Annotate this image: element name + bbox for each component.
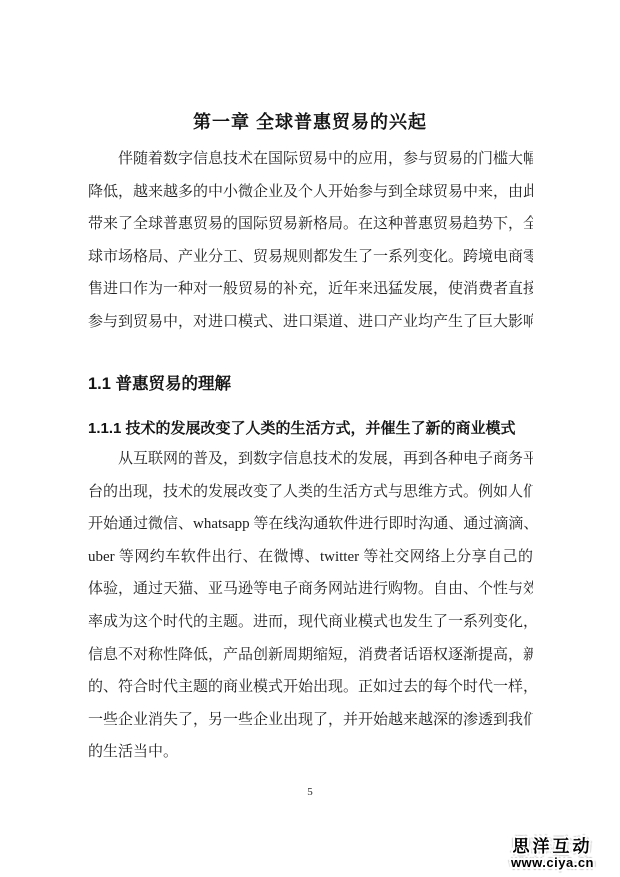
text-line: 球市场格局、产业分工、贸易规则都发生了一系列变化。跨境电商零: [88, 241, 533, 274]
text-line: 一些企业消失了，另一些企业出现了，并开始越来越深的渗透到我们: [88, 704, 533, 737]
text-line: 带来了全球普惠贸易的国际贸易新格局。在这种普惠贸易趋势下，全: [88, 208, 533, 241]
section-heading-1-1: 1.1 普惠贸易的理解: [88, 370, 533, 394]
subsection-heading-1-1-1: 1.1.1 技术的发展改变了人类的生活方式，并催生了新的商业模式: [88, 417, 548, 438]
text-line: 的生活当中。: [88, 736, 533, 769]
text-line: 率成为这个时代的主题。进而，现代商业模式也发生了一系列变化，: [88, 606, 533, 639]
text-line: uber 等网约车软件出行、在微博、twitter 等社交网络上分享自己的: [88, 541, 533, 574]
watermark-brand: 思洋互动: [511, 838, 594, 856]
text-line: 降低，越来越多的中小微企业及个人开始参与到全球贸易中来，由此: [88, 176, 533, 209]
watermark-url: www.ciya.cn: [511, 856, 594, 870]
chapter-title: 第一章 全球普惠贸易的兴起: [0, 108, 620, 134]
text-line: 体验，通过天猫、亚马逊等电子商务网站进行购物。自由、个性与效: [88, 573, 533, 606]
text-line: 台的出现，技术的发展改变了人类的生活方式与思维方式。例如人们: [88, 476, 533, 509]
page-number: 5: [0, 786, 620, 798]
text-line: 伴随着数字信息技术在国际贸易中的应用，参与贸易的门槛大幅: [88, 143, 533, 176]
text-line: 售进口作为一种对一般贸易的补充，近年来迅猛发展，使消费者直接: [88, 273, 533, 306]
text-line: 的、符合时代主题的商业模式开始出现。正如过去的每个时代一样，: [88, 671, 533, 704]
text-line: 从互联网的普及，到数字信息技术的发展，再到各种电子商务平: [88, 443, 533, 476]
text-line: 参与到贸易中，对进口模式、进口渠道、进口产业均产生了巨大影响。: [88, 306, 533, 339]
paragraph-body: 从互联网的普及，到数字信息技术的发展，再到各种电子商务平台的出现，技术的发展改变…: [88, 443, 533, 769]
document-page: 第一章 全球普惠贸易的兴起 伴随着数字信息技术在国际贸易中的应用，参与贸易的门槛…: [0, 0, 620, 877]
text-line: 信息不对称性降低，产品创新周期缩短，消费者话语权逐渐提高，新: [88, 639, 533, 672]
text-line: 开始通过微信、whatsapp 等在线沟通软件进行即时沟通、通过滴滴、: [88, 508, 533, 541]
watermark: 思洋互动 www.ciya.cn: [511, 838, 594, 870]
paragraph-intro: 伴随着数字信息技术在国际贸易中的应用，参与贸易的门槛大幅降低，越来越多的中小微企…: [88, 143, 533, 339]
